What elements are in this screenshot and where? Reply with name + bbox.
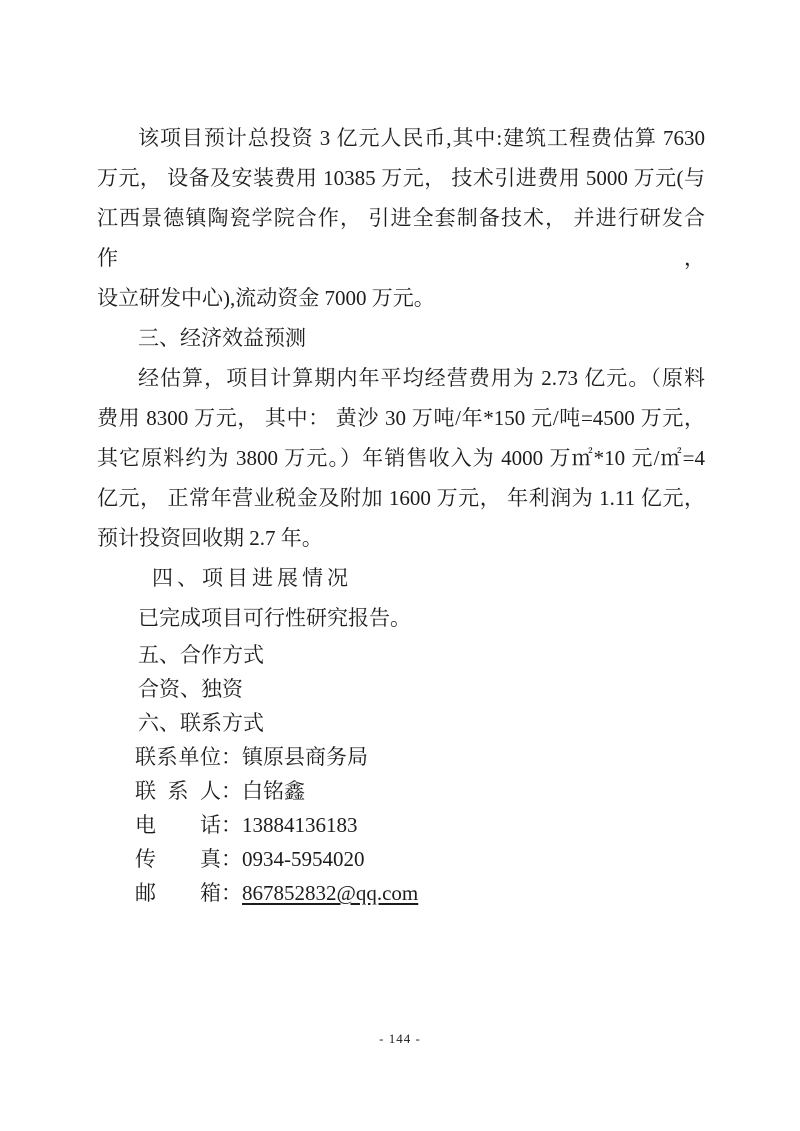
contact-label: 联系单位 <box>135 740 221 774</box>
contact-value-phone: 13884136183 <box>242 808 358 842</box>
contact-label: 传 真 <box>135 842 221 876</box>
contact-row-unit: 联系单位：镇原县商务局 <box>135 740 705 774</box>
contact-colon: ： <box>221 876 242 910</box>
section-heading-progress: 四、项目进展情况 <box>97 558 705 598</box>
contact-colon: ： <box>221 842 242 876</box>
paragraph-line: 经估算，项目计算期内年平均经营费用为 2.73 亿元。（原料 <box>97 358 705 398</box>
contact-label: 电 话 <box>135 808 221 842</box>
contact-row-phone: 电 话：13884136183 <box>135 808 705 842</box>
paragraph-line: 该项目预计总投资 3 亿元人民币,其中:建筑工程费估算 7630 <box>97 118 705 158</box>
contact-colon: ： <box>221 808 242 842</box>
contact-label: 邮 箱 <box>135 876 221 910</box>
contact-value-unit: 镇原县商务局 <box>242 740 368 774</box>
cooperation-mode-line: 合资、独资 <box>97 672 705 706</box>
contact-row-fax: 传 真：0934-5954020 <box>135 842 705 876</box>
document-page: 该项目预计总投资 3 亿元人民币,其中:建筑工程费估算 7630 万元， 设备及… <box>0 0 800 1131</box>
paragraph-line: 费用 8300 万元， 其中： 黄沙 30 万吨/年*150 元/吨=4500 … <box>97 398 705 438</box>
paragraph-line: 其它原料约为 3800 万元。）年销售收入为 4000 万㎡*10 元/㎡=4 <box>97 438 705 478</box>
page-number: - 144 - <box>0 1031 800 1047</box>
contact-colon: ： <box>221 740 242 774</box>
contact-label: 联 系 人 <box>135 774 221 808</box>
paragraph-line: 设立研发中心),流动资金 7000 万元。 <box>97 278 705 318</box>
section-heading-economic: 三、经济效益预测 <box>97 318 705 358</box>
contact-row-email: 邮 箱：867852832@qq.com <box>135 876 705 910</box>
paragraph-line: 亿元， 正常年营业税金及附加 1600 万元， 年利润为 1.11 亿元， <box>97 478 705 518</box>
section-heading-contact: 六、联系方式 <box>97 706 705 740</box>
contact-value-fax: 0934-5954020 <box>242 842 365 876</box>
paragraph-line: 预计投资回收期 2.7 年。 <box>97 518 705 558</box>
paragraph-line: 万元， 设备及安装费用 10385 万元， 技术引进费用 5000 万元(与 <box>97 158 705 198</box>
email-link[interactable]: 867852832@qq.com <box>242 876 418 910</box>
progress-status-line: 已完成项目可行性研究报告。 <box>97 598 705 638</box>
document-body: 该项目预计总投资 3 亿元人民币,其中:建筑工程费估算 7630 万元， 设备及… <box>97 118 705 910</box>
contact-row-person: 联 系 人：白铭鑫 <box>135 774 705 808</box>
contact-colon: ： <box>221 774 242 808</box>
paragraph-line: 江西景德镇陶瓷学院合作， 引进全套制备技术， 并进行研发合作， <box>97 198 705 278</box>
section-heading-cooperation: 五、合作方式 <box>97 638 705 672</box>
contact-value-person: 白铭鑫 <box>242 774 305 808</box>
